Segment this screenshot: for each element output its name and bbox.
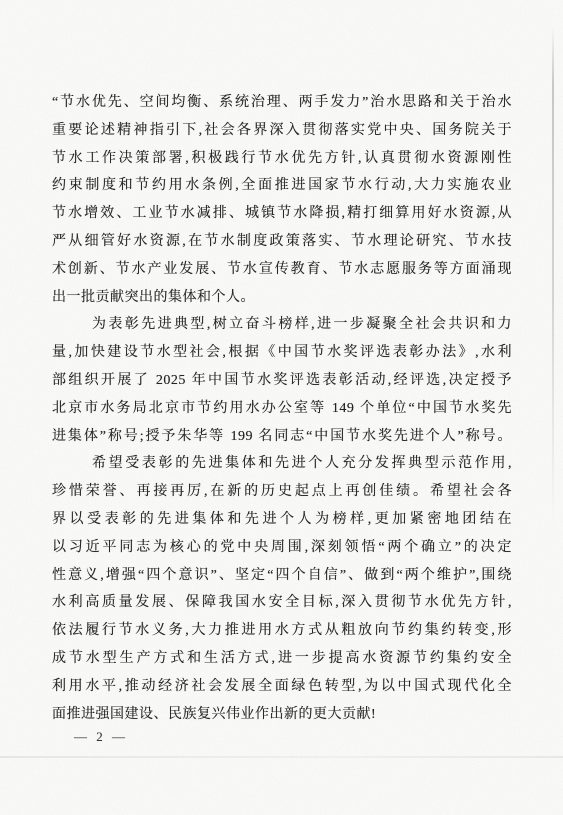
paragraph-1-line-1: “节水优先、空间均衡、系统治理、两手发力”治水思路和关于治水 — [52, 89, 512, 117]
paragraph-1-line-3: 节水工作决策部署,积极践行节水优先方针,认真贯彻水资源刚性 — [52, 145, 512, 173]
paragraph-3-line-4: 以习近平同志为核心的党中央周围,深刻领悟“两个确立”的决定 — [52, 534, 512, 562]
document-page: “节水优先、空间均衡、系统治理、两手发力”治水思路和关于治水重要论述精神指引下,… — [0, 0, 563, 815]
paragraph-3-line-7: 依法履行节水义务,大力推进用水方式从粗放向节约集约转变,形 — [52, 617, 512, 645]
page-edge-shadow — [552, 26, 554, 526]
paragraph-1-line-5: 节水增效、工业节水减排、城镇节水降损,精打细算用好水资源,从 — [52, 200, 512, 228]
paragraph-3-line-10: 面推进强国建设、民族复兴伟业作出新的更大贡献! — [52, 701, 512, 729]
paragraph-2-line-1: 为表彰先进典型,树立奋斗榜样,进一步凝聚全社会共识和力 — [52, 311, 512, 339]
paragraph-3-line-5: 性意义,增强“四个意识”、坚定“四个自信”、做到“两个维护”,围绕 — [52, 562, 512, 590]
paragraph-3-line-9: 利用水平,推动经济社会发展全面绿色转型,为以中国式现代化全 — [52, 673, 512, 701]
paragraph-2-line-3: 部组织开展了 2025 年中国节水奖评选表彰活动,经评选,决定授予 — [52, 367, 512, 395]
paragraph-2-line-4: 北京市水务局北京市节约用水办公室等 149 个单位“中国节水奖先 — [52, 395, 512, 423]
paragraph-3-line-8: 成节水型生产方式和生活方式,进一步提高水资源节约集约安全 — [52, 645, 512, 673]
paragraph-2-line-5: 进集体”称号;授予朱华等 199 名同志“中国节水奖先进个人”称号。 — [52, 423, 512, 451]
paragraph-3-line-3: 界以受表彰的先进集体和先进个人为榜样,更加紧密地团结在 — [52, 506, 512, 534]
paragraph-3-line-6: 水利高质量发展、保障我国水安全目标,深入贯彻节水优先方针, — [52, 589, 512, 617]
document-body: “节水优先、空间均衡、系统治理、两手发力”治水思路和关于治水重要论述精神指引下,… — [52, 89, 512, 728]
paragraph-1-line-2: 重要论述精神指引下,社会各界深入贯彻落实党中央、国务院关于 — [52, 117, 512, 145]
scan-crease-line — [0, 756, 563, 758]
paragraph-3-line-1: 希望受表彰的先进集体和先进个人充分发挥典型示范作用, — [52, 450, 512, 478]
paragraph-1-line-6: 严从细管好水资源,在节水制度政策落实、节水理论研究、节水技 — [52, 228, 512, 256]
page-number: — 2 — — [74, 729, 128, 745]
paragraph-1-line-4: 约束制度和节约用水条例,全面推进国家节水行动,大力实施农业 — [52, 172, 512, 200]
paragraph-2-line-2: 量,加快建设节水型社会,根据《中国节水奖评选表彰办法》,水利 — [52, 339, 512, 367]
paragraph-3-line-2: 珍惜荣誉、再接再厉,在新的历史起点上再创佳绩。希望社会各 — [52, 478, 512, 506]
paragraph-1-line-8: 出一批贡献突出的集体和个人。 — [52, 284, 512, 312]
paragraph-1-line-7: 术创新、节水产业发展、节水宣传教育、节水志愿服务等方面涌现 — [52, 256, 512, 284]
